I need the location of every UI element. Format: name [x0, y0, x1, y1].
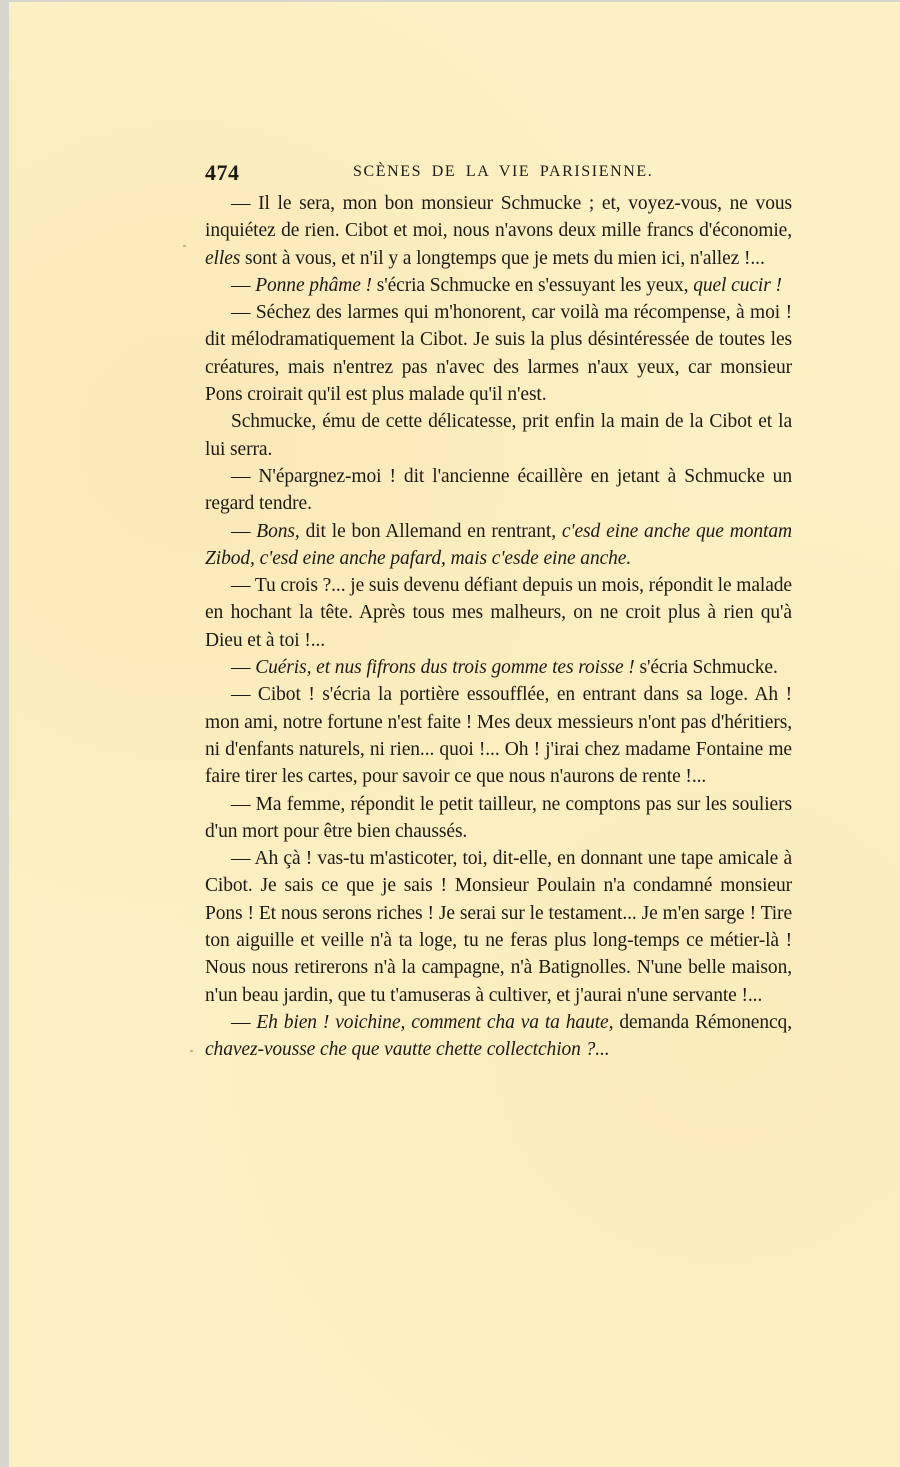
text-segment: —: [231, 521, 256, 542]
text-segment: — Tu crois ?... je suis devenu défiant d…: [205, 575, 792, 651]
ink-speck: [190, 1050, 193, 1052]
paragraph: — Séchez des larmes qui m'honorent, car …: [205, 299, 792, 408]
text-block: 474 SCÈNES DE LA VIE PARISIENNE. — Il le…: [205, 158, 792, 1064]
italic-segment: Ponne phâme !: [255, 275, 372, 296]
italic-segment: Cuéris, et nus fifrons dus trois gomme t…: [255, 657, 635, 678]
body-text: — Il le sera, mon bon monsieur Schmucke …: [205, 190, 792, 1064]
page-number: 474: [205, 160, 240, 186]
italic-segment: chavez-vousse che que vautte chette coll…: [205, 1039, 610, 1060]
paragraph: Schmucke, ému de cette délicatesse, prit…: [205, 408, 792, 463]
paragraph: — Il le sera, mon bon monsieur Schmucke …: [205, 190, 792, 272]
running-head: 474 SCÈNES DE LA VIE PARISIENNE.: [205, 158, 792, 190]
paragraph: — Cibot ! s'écria la portière essoufflée…: [205, 681, 792, 790]
text-segment: — Ma femme, répondit le petit tailleur, …: [205, 794, 792, 842]
paragraph: — Cuéris, et nus fifrons dus trois gomme…: [205, 654, 792, 681]
italic-segment: quel cucir !: [693, 275, 782, 296]
text-segment: dit le bon Allemand en rentrant,: [300, 521, 562, 542]
italic-segment: Eh bien ! voichine, comment cha va ta ha…: [256, 1012, 613, 1033]
paragraph: — Bons, dit le bon Allemand en rentrant,…: [205, 518, 792, 573]
text-segment: s'écria Schmucke.: [635, 657, 778, 678]
text-segment: sont à vous, et n'il y a longtemps que j…: [240, 248, 765, 269]
book-page: 474 SCÈNES DE LA VIE PARISIENNE. — Il le…: [9, 2, 900, 1467]
text-segment: — Ah çà ! vas-tu m'asticoter, toi, dit-e…: [205, 848, 792, 1005]
text-segment: s'écria Schmucke en s'essuyant les yeux,: [372, 275, 693, 296]
text-segment: —: [231, 1012, 256, 1033]
paragraph: — Ponne phâme ! s'écria Schmucke en s'es…: [205, 272, 792, 299]
paragraph: — Tu crois ?... je suis devenu défiant d…: [205, 572, 792, 654]
text-segment: — Il le sera, mon bon monsieur Schmucke …: [205, 193, 792, 241]
ink-speck: [183, 245, 186, 247]
paragraph: — Ah çà ! vas-tu m'asticoter, toi, dit-e…: [205, 845, 792, 1009]
italic-segment: Bons,: [256, 521, 299, 542]
text-segment: —: [231, 657, 255, 678]
text-segment: demanda Rémonencq,: [613, 1012, 792, 1033]
text-segment: — Cibot ! s'écria la portière essoufflée…: [205, 684, 792, 787]
running-title: SCÈNES DE LA VIE PARISIENNE.: [353, 163, 653, 181]
paragraph: — Eh bien ! voichine, comment cha va ta …: [205, 1009, 792, 1064]
paragraph: — Ma femme, répondit le petit tailleur, …: [205, 791, 792, 846]
text-segment: — Séchez des larmes qui m'honorent, car …: [205, 302, 792, 405]
paragraph: — N'épargnez-moi ! dit l'ancienne écaill…: [205, 463, 792, 518]
text-segment: Schmucke, ému de cette délicatesse, prit…: [205, 411, 792, 459]
text-segment: —: [231, 275, 255, 296]
italic-segment: elles: [205, 248, 240, 269]
text-segment: — N'épargnez-moi ! dit l'ancienne écaill…: [205, 466, 792, 514]
